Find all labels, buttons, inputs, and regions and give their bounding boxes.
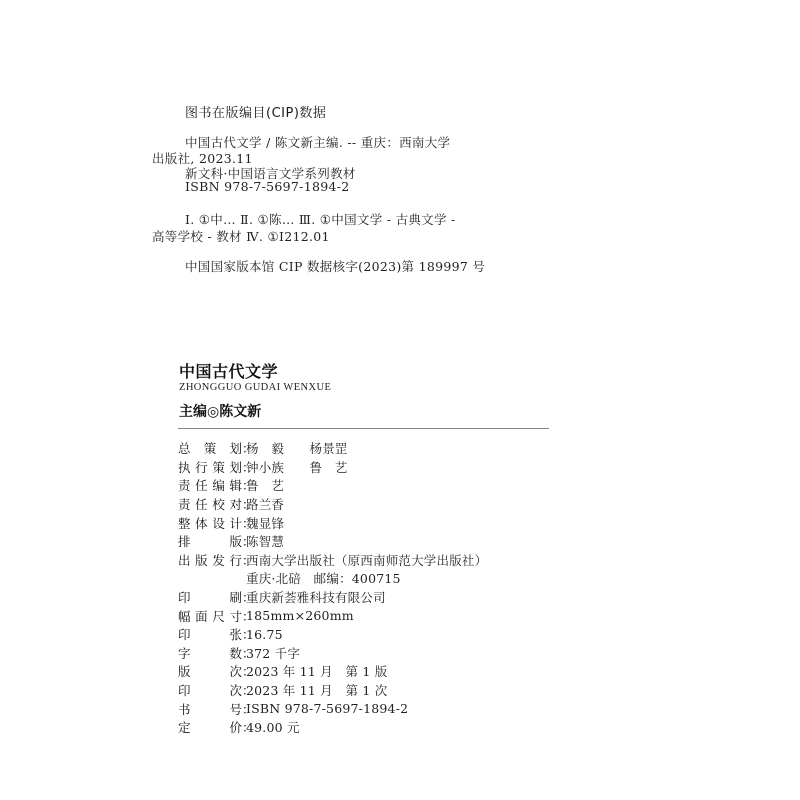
info-label-char: 尺 — [212, 607, 225, 625]
cip-heading: 图书在版编目(CIP)数据 — [185, 102, 326, 121]
book-title: 中国古代文学 — [179, 359, 278, 382]
info-label-char: 责 — [178, 476, 191, 494]
info-row: 版次：2023 年 11 月 第 1 版 — [178, 662, 487, 681]
info-value: 372 千字 — [246, 644, 300, 662]
info-row: 印刷：重庆新荟雅科技有限公司 — [178, 588, 487, 607]
info-label-char: 校 — [212, 495, 225, 513]
info-label: 印张 — [178, 625, 242, 643]
info-label-char: 排 — [178, 532, 191, 550]
info-label-char: 次 — [229, 662, 242, 680]
cip-line-verification-number: 中国国家版本馆 CIP 数据核字(2023)第 189997 号 — [185, 257, 485, 275]
info-row: 责任校对：路兰香 — [178, 495, 487, 514]
info-label-char: 刷 — [229, 588, 242, 606]
info-row: 书号：ISBN 978-7-5697-1894-2 — [178, 699, 487, 718]
info-label-char: 整 — [178, 514, 191, 532]
info-label-char: 划 — [229, 439, 242, 457]
info-row: 印张：16.75 — [178, 625, 487, 644]
info-row: 总策划：杨 毅 杨景罡 — [178, 439, 487, 458]
info-label: 字数 — [178, 644, 242, 662]
info-value: 185mm×260mm — [246, 608, 354, 623]
info-label-char: 印 — [178, 681, 191, 699]
info-value: 钟小族 鲁 艺 — [246, 458, 348, 476]
info-label-char: 出 — [178, 551, 191, 569]
info-label-char: 策 — [212, 458, 225, 476]
info-label-char: 次 — [229, 681, 242, 699]
info-row: 责任编辑：鲁 艺 — [178, 476, 487, 495]
info-value: 魏显锋 — [246, 514, 284, 532]
info-label-char: 字 — [178, 644, 191, 662]
info-label-char: 辑 — [229, 476, 242, 494]
info-row: 幅面尺寸：185mm×260mm — [178, 606, 487, 625]
info-label-char: 计 — [229, 514, 242, 532]
info-label-char: 定 — [178, 718, 191, 736]
info-label: 总策划 — [178, 439, 242, 457]
info-label-char: 设 — [212, 514, 225, 532]
info-value: 鲁 艺 — [246, 476, 284, 494]
info-label-char: 版 — [195, 551, 208, 569]
info-row: 排版：陈智慧 — [178, 532, 487, 551]
info-label: 整体设计 — [178, 514, 242, 532]
info-row: 定价：49.00 元 — [178, 718, 487, 737]
info-value: 49.00 元 — [246, 718, 300, 736]
info-label: 出版发行 — [178, 551, 242, 569]
publication-info: 总策划：杨 毅 杨景罡执行策划：钟小族 鲁 艺责任编辑：鲁 艺责任校对：路兰香整… — [178, 439, 487, 737]
info-label: 印次 — [178, 681, 242, 699]
info-row: 字数：372 千字 — [178, 644, 487, 663]
info-label-char: 体 — [195, 514, 208, 532]
info-row: 整体设计：魏显锋 — [178, 513, 487, 532]
info-label-char: 行 — [229, 551, 242, 569]
info-label-char: 执 — [178, 458, 191, 476]
info-label-char: 数 — [229, 644, 242, 662]
info-label: 排版 — [178, 532, 242, 550]
info-label-char: 任 — [195, 476, 208, 494]
info-label-char: 发 — [212, 551, 225, 569]
info-label-char: 寸 — [229, 607, 242, 625]
info-value: 2023 年 11 月 第 1 次 — [246, 681, 387, 699]
cip-line-classification-cont: 高等学校 - 教材 Ⅳ. ①I212.01 — [152, 227, 330, 245]
info-label-char: 版 — [178, 662, 191, 680]
info-label-char: 策 — [204, 439, 217, 457]
info-value: 16.75 — [246, 627, 283, 642]
info-value: 陈智慧 — [246, 532, 284, 550]
info-label-char: 划 — [229, 458, 242, 476]
info-label: 印刷 — [178, 588, 242, 606]
info-row: ：重庆·北碚 邮编：400715 — [178, 569, 487, 588]
info-value: 重庆新荟雅科技有限公司 — [246, 588, 386, 606]
info-label: 幅面尺寸 — [178, 607, 242, 625]
info-label-char: 书 — [178, 700, 191, 718]
info-label-char: 总 — [178, 439, 191, 457]
info-label-char: 对 — [229, 495, 242, 513]
info-value: 西南大学出版社（原西南师范大学出版社） — [246, 551, 487, 569]
info-label: 责任校对 — [178, 495, 242, 513]
info-label-char: 任 — [195, 495, 208, 513]
info-label-char: 行 — [195, 458, 208, 476]
info-label-char: 幅 — [178, 607, 191, 625]
info-row: 印次：2023 年 11 月 第 1 次 — [178, 681, 487, 700]
info-label-char: 号 — [229, 700, 242, 718]
info-value: 杨 毅 杨景罡 — [246, 439, 348, 457]
info-label-char: 张 — [229, 625, 242, 643]
info-value: 路兰香 — [246, 495, 284, 513]
info-label: 责任编辑 — [178, 476, 242, 494]
info-label: 执行策划 — [178, 458, 242, 476]
info-label: 书号 — [178, 700, 242, 718]
info-row: 出版发行：西南大学出版社（原西南师范大学出版社） — [178, 551, 487, 570]
divider — [178, 428, 549, 429]
info-label-char: 面 — [195, 607, 208, 625]
info-label-char: 责 — [178, 495, 191, 513]
info-value: 2023 年 11 月 第 1 版 — [246, 662, 387, 680]
info-label: 定价 — [178, 718, 242, 736]
info-label-char: 编 — [212, 476, 225, 494]
info-value: ISBN 978-7-5697-1894-2 — [246, 701, 408, 716]
info-row: 执行策划：钟小族 鲁 艺 — [178, 458, 487, 477]
cip-line-classification: Ⅰ. ①中… Ⅱ. ①陈… Ⅲ. ①中国文学 - 古典文学 - — [185, 210, 456, 228]
book-editor: 主编◎陈文新 — [179, 401, 261, 421]
info-label: 版次 — [178, 662, 242, 680]
info-label-char: 印 — [178, 625, 191, 643]
info-label-char: 价 — [229, 718, 242, 736]
info-value: 重庆·北碚 邮编：400715 — [246, 569, 401, 587]
cip-line-isbn: ISBN 978-7-5697-1894-2 — [185, 179, 349, 194]
book-pinyin-title: ZHONGGUO GUDAI WENXUE — [179, 382, 331, 393]
info-label-char: 印 — [178, 588, 191, 606]
info-label-char: 版 — [229, 532, 242, 550]
